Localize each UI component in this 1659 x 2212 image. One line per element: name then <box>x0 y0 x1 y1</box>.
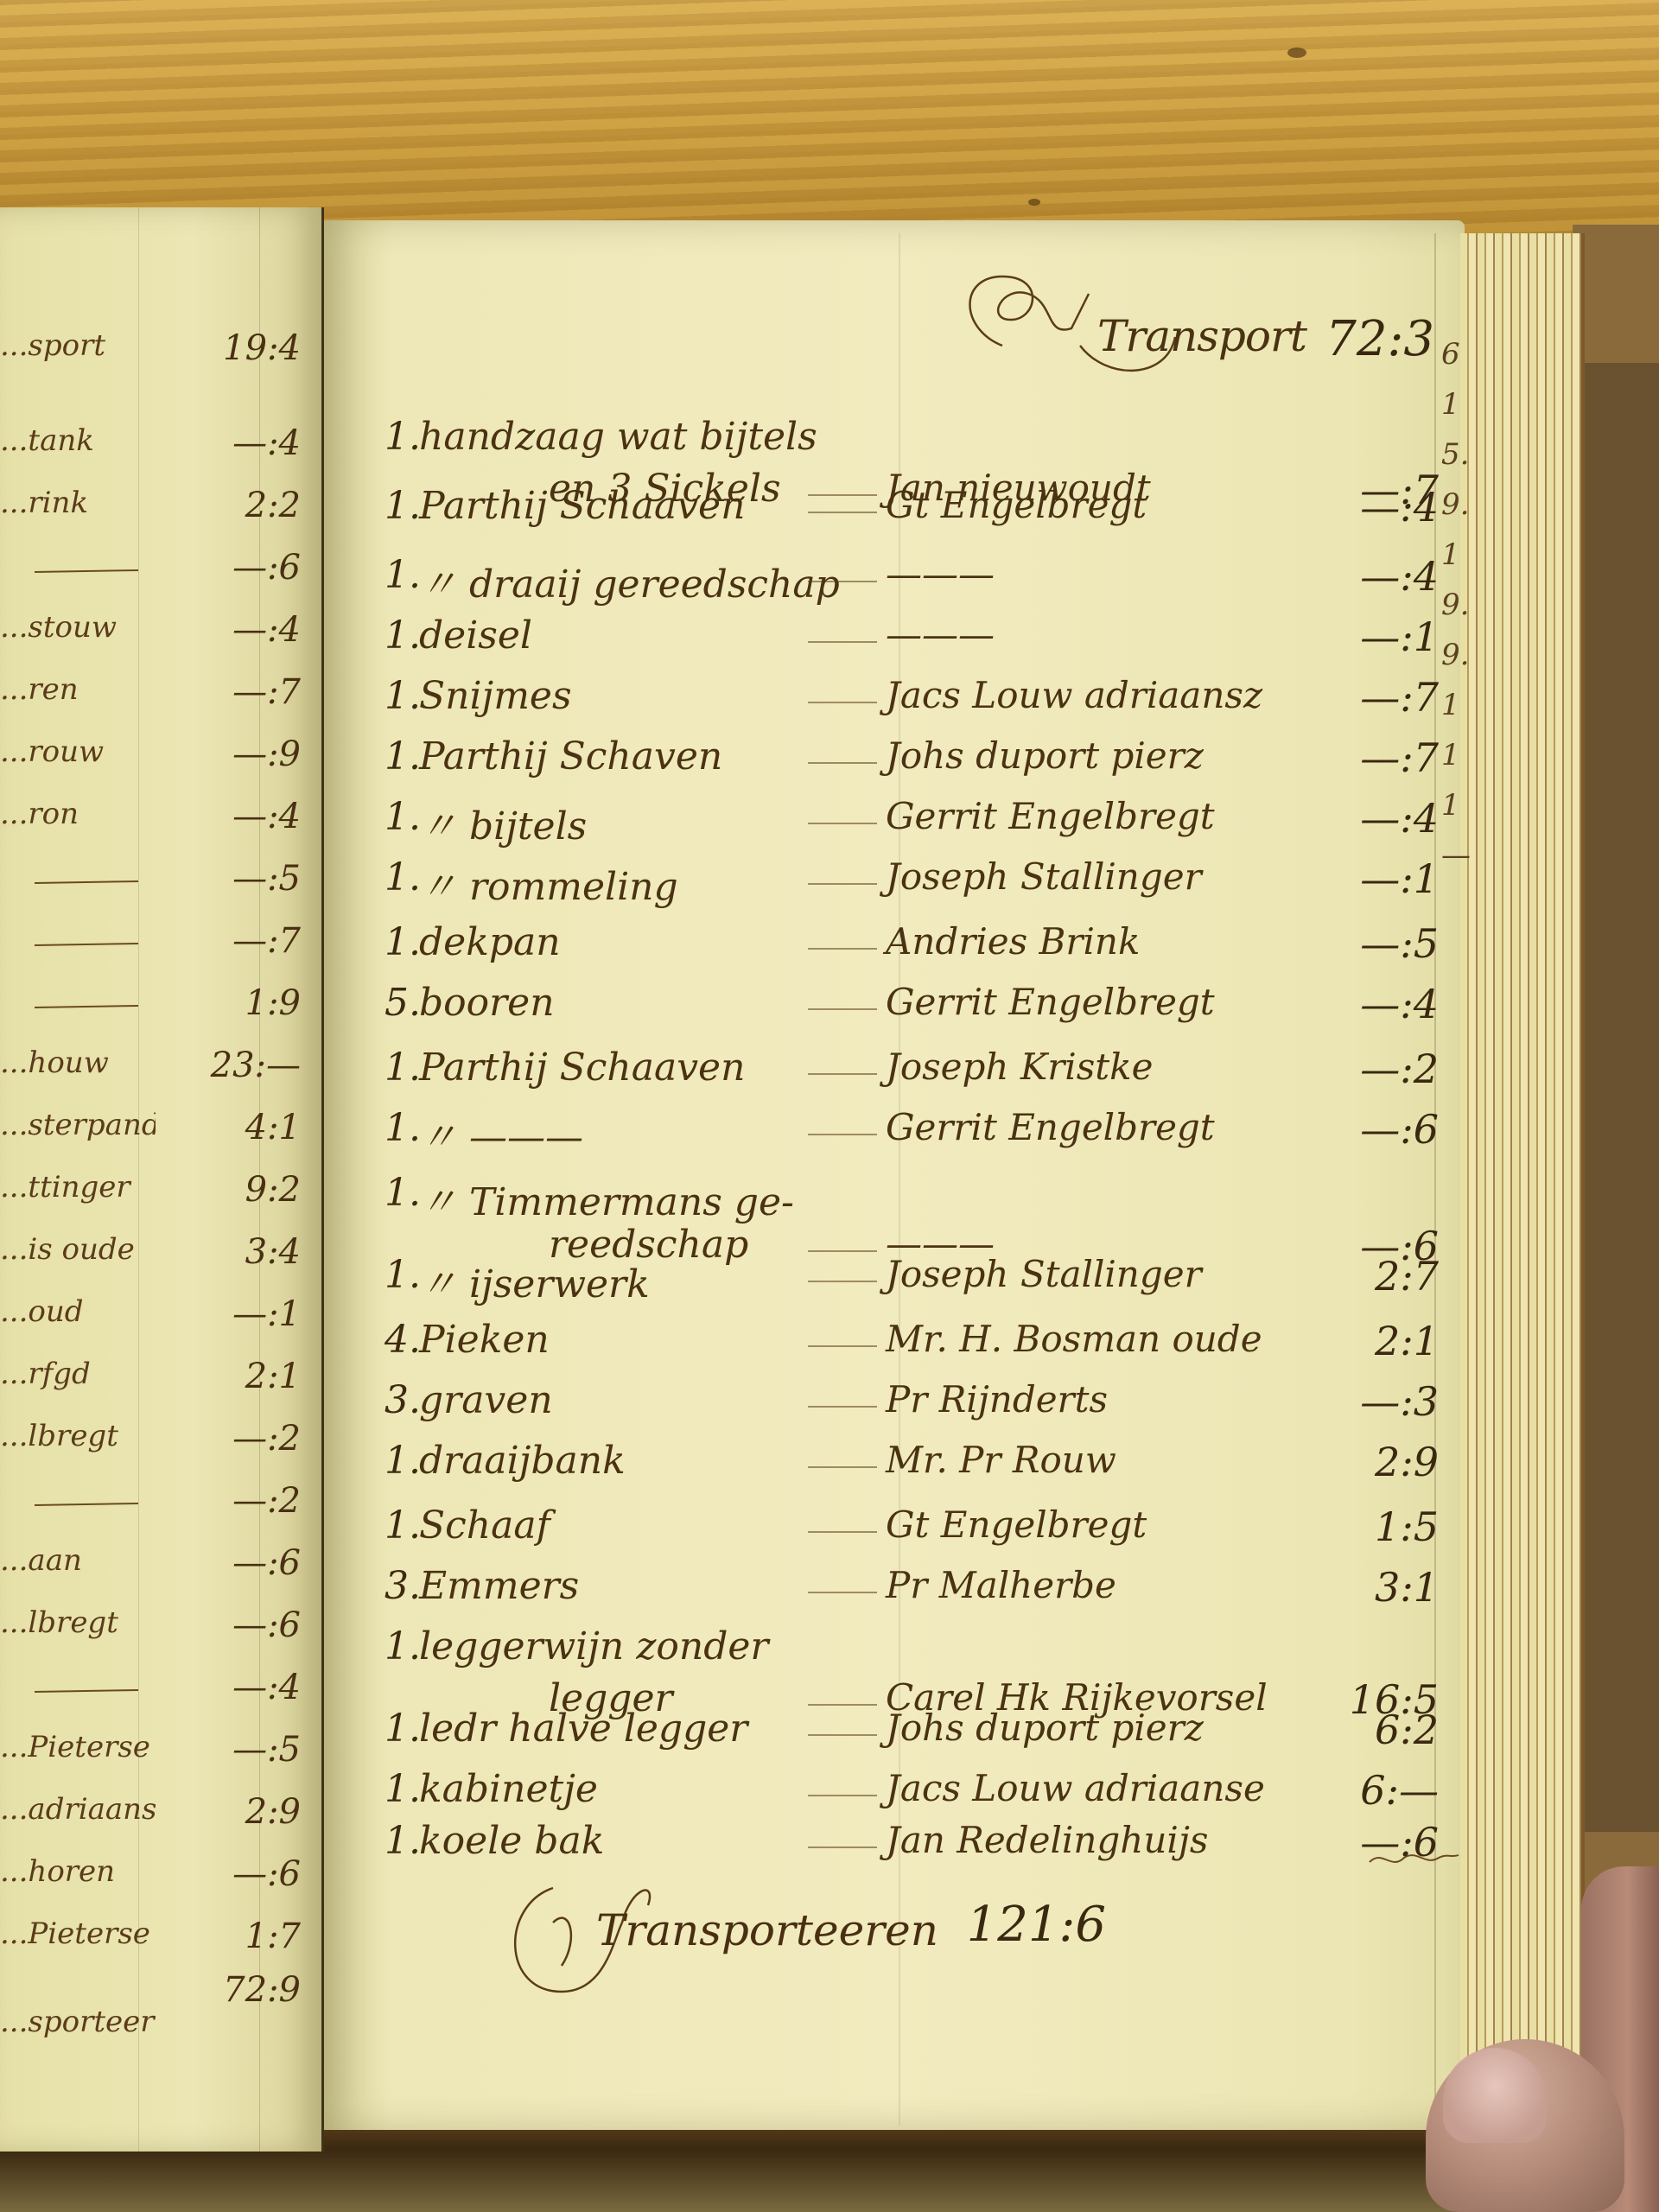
left-row-amount: —:2 <box>197 1419 301 1459</box>
leader-line <box>808 1281 877 1282</box>
left-row-amount: —:6 <box>197 1543 301 1583</box>
ledger-entry: 1.〃 rommelingJoseph Stallinger—:1 <box>324 855 1465 916</box>
entry-quantity: 1. <box>385 1046 421 1090</box>
left-header-total: 19:4 <box>197 328 301 368</box>
header-total: 72:3 <box>1325 311 1434 367</box>
left-row-amount: 3:4 <box>197 1232 301 1272</box>
entry-buyer: Mr. Pr Rouw <box>886 1439 1116 1481</box>
left-row-text: ...horen <box>0 1854 156 1889</box>
entry-quantity: 1. <box>385 674 421 718</box>
entry-amount: —:7 <box>1318 674 1439 721</box>
ledger-entry: 1.Parthij SchaavenJoseph Kristke—:2 <box>324 1046 1465 1106</box>
leader-line <box>808 883 877 885</box>
entry-item: 〃 rommeling <box>419 855 678 911</box>
entry-buyer: Jacs Louw adriaansz <box>886 674 1262 716</box>
entry-quantity: 1. <box>385 1503 421 1548</box>
entry-quantity: 4. <box>385 1318 421 1362</box>
entry-quantity: 5. <box>385 981 421 1025</box>
entry-buyer: Johs duport pierz <box>886 1707 1204 1749</box>
entry-amount: —:3 <box>1318 1378 1439 1425</box>
ledger-entry: 1.draaijbankMr. Pr Rouw2:9 <box>324 1439 1465 1499</box>
left-ledger-row: ...ren—:7 <box>0 672 321 724</box>
entry-buyer: ——— <box>886 553 995 595</box>
left-row-text: ...Pieterse <box>0 1916 156 1951</box>
leader-line <box>808 512 877 513</box>
entry-quantity: 1. <box>385 1707 421 1751</box>
ledger-entry: 1.dekpanAndries Brink—:5 <box>324 920 1465 981</box>
ledger-entry: 5.boorenGerrit Engelbregt—:4 <box>324 981 1465 1041</box>
margin-mark: — <box>1441 838 1476 873</box>
entry-buyer: Gerrit Engelbregt <box>886 795 1215 837</box>
leader-line <box>35 1503 138 1506</box>
wood-knot <box>1028 199 1040 206</box>
ledger-entry: 1.〃 bijtelsGerrit Engelbregt—:4 <box>324 795 1465 855</box>
leader-line <box>35 943 138 946</box>
left-ledger-row: ...lbregt—:2 <box>0 1419 321 1471</box>
entry-item: booren <box>419 981 555 1025</box>
entry-buyer: ——— <box>886 613 995 656</box>
left-row-text: ...oud <box>0 1294 156 1329</box>
margin-mark: 1 <box>1441 738 1476 772</box>
left-row-text: ...ron <box>0 797 156 831</box>
header-label: Transport <box>1097 311 1306 361</box>
entry-item: leggerwijn zonder <box>419 1624 768 1669</box>
leader-line <box>808 762 877 764</box>
left-row-text: ...tank <box>0 423 156 458</box>
left-row-amount: —:5 <box>197 859 301 899</box>
entry-item: Snijmes <box>419 674 572 718</box>
left-header: ...sport 19:4 <box>0 328 321 380</box>
entry-buyer: Gt Engelbregt <box>886 1503 1147 1546</box>
entry-item: koele bak <box>419 1819 604 1863</box>
leader-line <box>808 1466 877 1468</box>
left-ledger-row: ...lbregt—:6 <box>0 1605 321 1657</box>
margin-mark: 1 <box>1441 788 1476 823</box>
entry-quantity: 1. <box>385 795 421 839</box>
entry-amount: —:4 <box>1318 981 1439 1027</box>
left-row-amount: —:4 <box>197 423 301 463</box>
entry-quantity: 1. <box>385 553 421 597</box>
leader-line <box>808 1008 877 1010</box>
ledger-entry: 1.Parthij SchavenJohs duport pierz—:7 <box>324 734 1465 795</box>
left-row-text: ...houw <box>0 1046 156 1080</box>
left-ledger-row: ...houw23:— <box>0 1046 321 1097</box>
entry-item: handzaag wat bijtels <box>419 415 817 459</box>
left-row-amount: 2:9 <box>197 1792 301 1832</box>
page-header: Transport 72:3 <box>950 259 1434 380</box>
left-ledger-row: ...Pieterse1:7 <box>0 1916 321 1968</box>
entry-amount: —:7 <box>1318 734 1439 781</box>
ledger-entry: 1.ledr halve leggerJohs duport pierz6:2 <box>324 1707 1465 1767</box>
entry-quantity: 1. <box>385 855 421 899</box>
leader-line <box>808 1795 877 1796</box>
entry-item: 〃 Timmermans ge- <box>419 1171 794 1226</box>
entry-buyer: Jacs Louw adriaanse <box>886 1767 1265 1809</box>
entry-amount: —:5 <box>1318 920 1439 967</box>
left-row-amount: 1:9 <box>197 983 301 1023</box>
left-ledger-row: 1:9 <box>0 983 321 1035</box>
left-row-text: ...rink <box>0 486 156 520</box>
leader-line <box>808 1704 877 1706</box>
entry-item: graven <box>419 1378 553 1422</box>
leader-line <box>808 823 877 824</box>
entry-quantity: 1. <box>385 415 421 459</box>
left-row-amount: —:1 <box>197 1294 301 1334</box>
entry-item: Pieken <box>419 1318 550 1362</box>
leader-line <box>808 641 877 643</box>
ledger-entry: 1.deisel————:1 <box>324 613 1465 674</box>
entry-item: Parthij Schaaven <box>419 484 745 528</box>
entry-buyer: Gerrit Engelbregt <box>886 981 1215 1023</box>
left-row-text: ...lbregt <box>0 1419 156 1453</box>
left-row-text: ...stouw <box>0 610 156 645</box>
left-row-text: ...lbregt <box>0 1605 156 1640</box>
margin-mark: 9. <box>1441 588 1476 622</box>
thumbnail <box>1443 2048 1547 2143</box>
margin-mark: 1 <box>1441 688 1476 722</box>
entry-item: kabinetje <box>419 1767 598 1811</box>
entry-item: Parthij Schaaven <box>419 1046 745 1090</box>
entry-item: Emmers <box>419 1564 579 1608</box>
ledger-entry: 1.leggerwijn zonderleggerCarel Hk Rijkev… <box>324 1624 1465 1685</box>
left-row-amount: 9:2 <box>197 1170 301 1210</box>
entry-item: draaijbank <box>419 1439 626 1483</box>
left-facing-page: ...sport 19:4 ...tank—:4...rink2:2—:6...… <box>0 207 324 2152</box>
ledger-entry: 1.〃 ———Gerrit Engelbregt—:6 <box>324 1106 1465 1166</box>
leader-line <box>808 1250 877 1252</box>
entry-amount: —:4 <box>1318 795 1439 842</box>
page-edges-stack <box>1460 233 1585 2108</box>
entry-item: 〃 ijserwerk <box>419 1253 650 1308</box>
entry-amount: —:6 <box>1318 1106 1439 1153</box>
entry-amount: —:2 <box>1318 1046 1439 1092</box>
entry-quantity: 1. <box>385 734 421 779</box>
left-row-text: ...sterpand <box>0 1108 156 1142</box>
entry-amount: 6:2 <box>1318 1707 1439 1753</box>
entry-quantity: 1. <box>385 613 421 658</box>
leader-line <box>808 702 877 703</box>
footer-total: 121:6 <box>967 1897 1106 1953</box>
entry-quantity: 3. <box>385 1564 421 1608</box>
entry-buyer: Pr Malherbe <box>886 1564 1116 1606</box>
book-cover-right <box>1581 363 1659 1832</box>
entry-item: ledr halve legger <box>419 1707 747 1751</box>
left-ledger-row: ...ttinger9:2 <box>0 1170 321 1222</box>
left-row-amount: —:4 <box>197 610 301 650</box>
entry-buyer: Johs duport pierz <box>886 734 1204 777</box>
entry-quantity: 1. <box>385 920 421 964</box>
left-row-text: ...rouw <box>0 734 156 769</box>
left-row-text: ...Pieterse <box>0 1730 156 1764</box>
left-row-text: ...adriaanse <box>0 1792 156 1827</box>
entry-amount: 2:1 <box>1318 1318 1439 1364</box>
leader-line <box>808 1406 877 1408</box>
left-ledger-row: —:5 <box>0 859 321 911</box>
left-footer-total: 72:9 <box>197 1970 301 2010</box>
left-ledger-row: ...adriaanse2:9 <box>0 1792 321 1844</box>
left-row-amount: —:6 <box>197 1854 301 1894</box>
entry-buyer: Joseph Stallinger <box>886 1253 1202 1295</box>
entry-buyer: Joseph Kristke <box>886 1046 1153 1088</box>
leader-line <box>808 1592 877 1593</box>
left-ledger-row: ...tank—:4 <box>0 423 321 475</box>
entry-quantity: 1. <box>385 1171 421 1215</box>
left-ledger-row: ...oud—:1 <box>0 1294 321 1346</box>
wood-knot <box>1287 48 1306 58</box>
entry-amount: —:4 <box>1318 484 1439 531</box>
leader-line <box>808 1345 877 1347</box>
ledger-entry: 1.SnijmesJacs Louw adriaansz—:7 <box>324 674 1465 734</box>
footer-label: Transporteeren <box>596 1905 938 1955</box>
left-ledger-row: —:4 <box>0 1668 321 1719</box>
left-ledger-row: ...rouw—:9 <box>0 734 321 786</box>
entry-quantity: 1. <box>385 1439 421 1483</box>
left-row-amount: 2:1 <box>197 1357 301 1396</box>
entry-buyer: Gerrit Engelbregt <box>886 1106 1215 1148</box>
left-footer: ...sporteeren 72:9 <box>0 1970 321 2022</box>
left-row-text: ...aan <box>0 1543 156 1578</box>
entry-buyer: Gt Engelbregt <box>886 484 1147 526</box>
ledger-entry: 1.handzaag wat bijtelsen 3 SickelsJan ni… <box>324 415 1465 475</box>
ledger-entry: 1.〃 draaij gereedschap————:4 <box>324 553 1465 613</box>
leader-line <box>808 948 877 950</box>
left-row-amount: —:7 <box>197 921 301 961</box>
left-ledger-row: ...stouw—:4 <box>0 610 321 662</box>
left-footer-label: ...sporteeren <box>0 2005 156 2039</box>
entry-quantity: 1. <box>385 1253 421 1297</box>
ledger-entry: 1.〃 ijserwerkJoseph Stallinger2:7 <box>324 1253 1465 1313</box>
leader-line <box>35 1005 138 1008</box>
entry-item: 〃 bijtels <box>419 795 587 850</box>
entry-quantity: 1. <box>385 1819 421 1863</box>
entry-item: Parthij Schaven <box>419 734 722 779</box>
leader-line <box>35 880 138 884</box>
entry-amount: —:1 <box>1318 613 1439 660</box>
left-row-text: ...is oude <box>0 1232 156 1267</box>
entry-buyer: Mr. H. Bosman oude <box>886 1318 1262 1360</box>
entry-amount: 6:— <box>1318 1767 1439 1814</box>
margin-mark: 5. <box>1441 437 1476 472</box>
left-ledger-row: ...sterpand4:1 <box>0 1108 321 1160</box>
left-row-amount: —:4 <box>197 1668 301 1707</box>
entry-quantity: 1. <box>385 1106 421 1150</box>
left-row-text: ...ren <box>0 672 156 707</box>
entry-item: deisel <box>419 613 532 658</box>
leader-line <box>35 569 138 573</box>
left-row-amount: 2:2 <box>197 486 301 525</box>
leader-line <box>808 581 877 582</box>
entry-buyer: Jan Redelinghuijs <box>886 1819 1208 1861</box>
left-ledger-row: —:6 <box>0 548 321 600</box>
entry-quantity: 1. <box>385 1624 421 1669</box>
left-ledger-row: ...is oude3:4 <box>0 1232 321 1284</box>
entry-amount: —:1 <box>1318 855 1439 902</box>
left-row-amount: —:5 <box>197 1730 301 1770</box>
entry-buyer: Pr Rijnderts <box>886 1378 1108 1421</box>
left-row-amount: 4:1 <box>197 1108 301 1147</box>
leader-line <box>35 1689 138 1693</box>
entry-buyer: Joseph Stallinger <box>886 855 1202 898</box>
leader-line <box>808 1734 877 1736</box>
left-ledger-row: ...rfgd2:1 <box>0 1357 321 1408</box>
leader-line <box>808 1134 877 1135</box>
entry-amount: 2:9 <box>1318 1439 1439 1485</box>
entry-amount: 2:7 <box>1318 1253 1439 1300</box>
left-row-amount: —:4 <box>197 797 301 836</box>
entry-item: 〃 draaij gereedschap <box>419 553 840 608</box>
left-row-amount: —:6 <box>197 1605 301 1645</box>
margin-mark: 9. <box>1441 487 1476 522</box>
left-ledger-row: ...Pieterse—:5 <box>0 1730 321 1782</box>
entry-item: dekpan <box>419 920 561 964</box>
left-ledger-row: ...horen—:6 <box>0 1854 321 1906</box>
ledger-entry: 1.〃 Timmermans ge-reedschap————:6 <box>324 1171 1465 1231</box>
left-ledger-row: —:7 <box>0 921 321 973</box>
left-row-text: ...rfgd <box>0 1357 156 1391</box>
entry-quantity: 1. <box>385 1767 421 1811</box>
margin-mark: 1 <box>1441 537 1476 572</box>
left-ledger-row: —:2 <box>0 1481 321 1533</box>
left-header-label: ...sport <box>0 328 156 363</box>
margin-mark: 1 <box>1441 387 1476 422</box>
margin-mark: 6 <box>1441 337 1476 372</box>
leader-line <box>808 1531 877 1533</box>
left-ledger-row: ...ron—:4 <box>0 797 321 849</box>
left-row-text: ...ttinger <box>0 1170 156 1205</box>
entry-item: 〃 ——— <box>419 1106 583 1161</box>
leader-line <box>808 1073 877 1075</box>
entry-quantity: 1. <box>385 484 421 528</box>
ledger-entry: 1.Parthij SchaavenGt Engelbregt—:4 <box>324 484 1465 544</box>
left-ledger-row: ...aan—:6 <box>0 1543 321 1595</box>
total-underline-icon <box>1365 1845 1460 1871</box>
left-row-amount: 1:7 <box>197 1916 301 1956</box>
left-row-amount: —:7 <box>197 672 301 712</box>
ledger-entry: 1.SchaafGt Engelbregt1:5 <box>324 1503 1465 1564</box>
left-row-amount: —:6 <box>197 548 301 588</box>
entry-item: Schaaf <box>419 1503 550 1548</box>
left-row-amount: 23:— <box>197 1046 301 1085</box>
entry-buyer: Andries Brink <box>886 920 1140 963</box>
left-ledger-row: ...rink2:2 <box>0 486 321 537</box>
ledger-entry: 3.EmmersPr Malherbe3:1 <box>324 1564 1465 1624</box>
margin-mark: 9. <box>1441 638 1476 672</box>
left-row-amount: —:9 <box>197 734 301 774</box>
leader-line <box>808 1847 877 1848</box>
entry-amount: —:4 <box>1318 553 1439 600</box>
entry-amount: 1:5 <box>1318 1503 1439 1550</box>
ledger-entry: 4.PiekenMr. H. Bosman oude2:1 <box>324 1318 1465 1378</box>
entry-quantity: 3. <box>385 1378 421 1422</box>
left-row-amount: —:2 <box>197 1481 301 1521</box>
page-footer: Transporteeren 121:6 <box>501 1871 1123 2009</box>
entry-amount: 3:1 <box>1318 1564 1439 1611</box>
ledger-entry: 3.gravenPr Rijnderts—:3 <box>324 1378 1465 1439</box>
